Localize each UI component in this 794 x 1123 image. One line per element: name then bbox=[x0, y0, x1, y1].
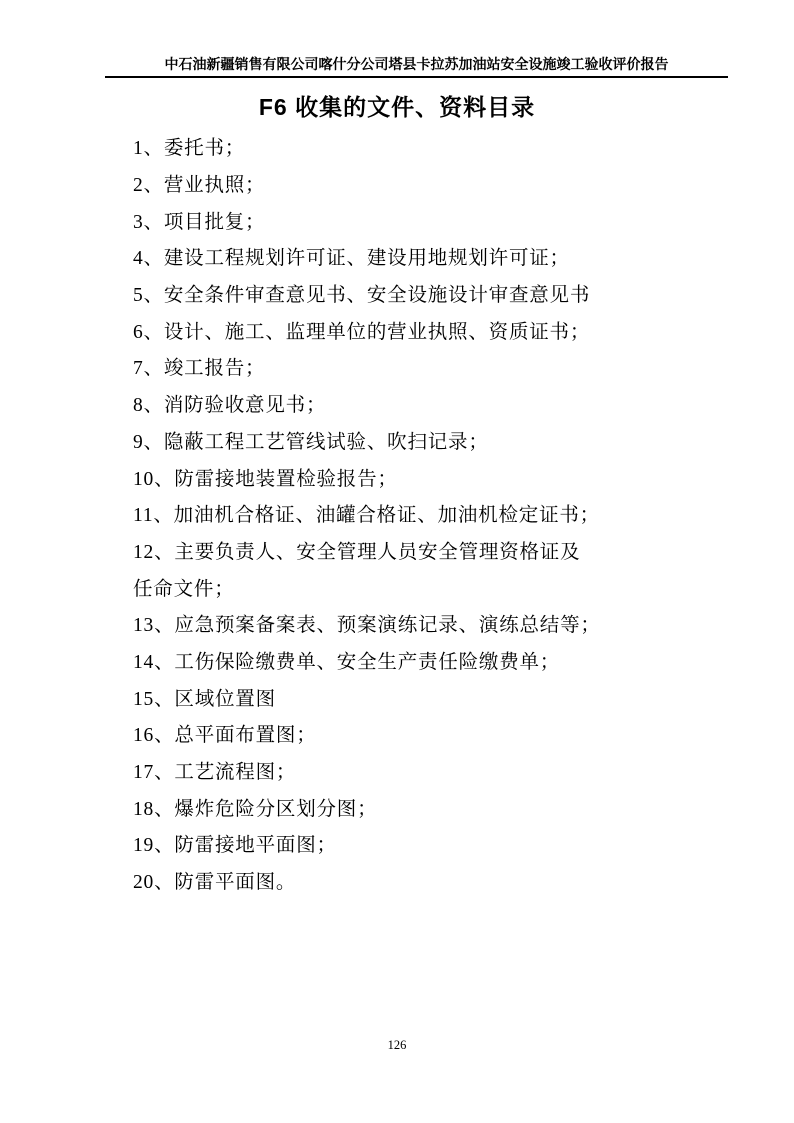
list-line: 2、营业执照； bbox=[133, 165, 673, 202]
header-divider bbox=[105, 76, 728, 78]
list-line: 8、消防验收意见书； bbox=[133, 385, 673, 422]
list-line: 3、项目批复； bbox=[133, 201, 673, 238]
list-line: 20、防雷平面图。 bbox=[133, 862, 673, 899]
list-line: 9、隐蔽工程工艺管线试验、吹扫记录； bbox=[133, 422, 673, 459]
document-page: 中石油新疆销售有限公司喀什分公司塔县卡拉苏加油站安全设施竣工验收评价报告 F6 … bbox=[0, 0, 794, 1123]
list-line: 16、总平面布置图； bbox=[133, 715, 673, 752]
document-list: 1、委托书； 2、营业执照； 3、项目批复； 4、建设工程规划许可证、建设用地规… bbox=[133, 128, 673, 898]
list-line: 10、防雷接地装置检验报告； bbox=[133, 458, 673, 495]
list-line: 15、区域位置图 bbox=[133, 678, 673, 715]
list-line-continuation: 任命文件； bbox=[133, 568, 673, 605]
list-line: 12、主要负责人、安全管理人员安全管理资格证及 bbox=[133, 532, 673, 569]
list-line: 6、设计、施工、监理单位的营业执照、资质证书； bbox=[133, 311, 673, 348]
list-line: 14、工伤保险缴费单、安全生产责任险缴费单； bbox=[133, 642, 673, 679]
page-number: 126 bbox=[0, 1038, 794, 1053]
list-line: 19、防雷接地平面图； bbox=[133, 825, 673, 862]
list-line: 7、竣工报告； bbox=[133, 348, 673, 385]
list-line: 11、加油机合格证、油罐合格证、加油机检定证书； bbox=[133, 495, 673, 532]
list-line: 17、工艺流程图； bbox=[133, 752, 673, 789]
list-line: 4、建设工程规划许可证、建设用地规划许可证； bbox=[133, 238, 673, 275]
document-title: F6 收集的文件、资料目录 bbox=[0, 89, 794, 122]
page-header-text: 中石油新疆销售有限公司喀什分公司塔县卡拉苏加油站安全设施竣工验收评价报告 bbox=[105, 54, 728, 74]
list-line: 5、安全条件审查意见书、安全设施设计审查意见书 bbox=[133, 275, 673, 312]
list-line: 13、应急预案备案表、预案演练记录、演练总结等； bbox=[133, 605, 673, 642]
list-line: 1、委托书； bbox=[133, 128, 673, 165]
list-line: 18、爆炸危险分区划分图； bbox=[133, 788, 673, 825]
